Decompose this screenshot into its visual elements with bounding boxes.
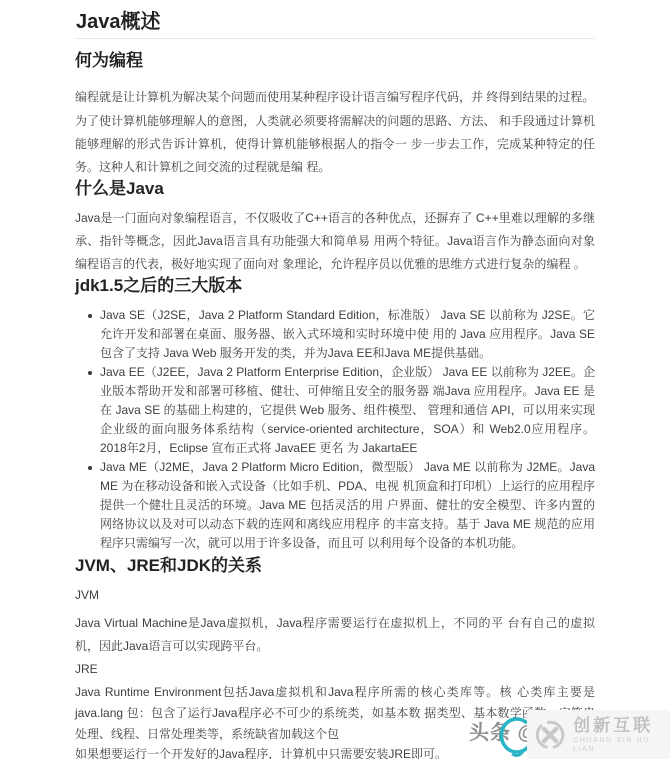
paragraph-programming-2: 为了使计算机能够理解人的意图，人类就必须要将需解决的问题的思路、方法、 和手段通… [75, 110, 595, 179]
jre-label: JRE [75, 658, 595, 681]
heading-what-is-programming: 何为编程 [75, 51, 595, 71]
article-content: Java概述 何为编程 编程就是让计算机为解决某个问题而使用某种程序设计语言编写… [0, 0, 670, 759]
heading-jdk-editions: jdk1.5之后的三大版本 [75, 276, 595, 296]
article-page: { "article": { "title": "Java概述", "secti… [0, 0, 670, 759]
jdk-edition-list: Java SE（J2SE，Java 2 Platform Standard Ed… [75, 306, 595, 553]
heading-what-is-java: 什么是Java [75, 179, 595, 199]
brand-subtitle: CHUANG XIN HU LIAN [573, 736, 670, 754]
swirl-arc [501, 719, 528, 752]
paragraph-what-is-java: Java是一门面向对象编程语言，不仅吸收了C++语言的各种优点，还摒弃了 C++… [75, 207, 595, 276]
page-title: Java概述 [75, 10, 595, 39]
jvm-label: JVM [75, 584, 595, 607]
list-item-java-se: Java SE（J2SE，Java 2 Platform Standard Ed… [75, 306, 595, 363]
brand-text-block: 创新互联 CHUANG XIN HU LIAN [573, 716, 670, 754]
paragraph-programming-1: 编程就是让计算机为解决某个问题而使用某种程序设计语言编写程序代码，并 终得到结果… [75, 86, 595, 109]
brand-watermark: 创新互联 CHUANG XIN HU LIAN [527, 710, 670, 759]
paragraph-jvm: Java Virtual Machine是Java虚拟机，Java程序需要运行在… [75, 612, 595, 658]
brand-x-icon [534, 718, 566, 752]
list-item-java-ee: Java EE（J2EE，Java 2 Platform Enterprise … [75, 363, 595, 458]
brand-name: 创新互联 [573, 716, 670, 735]
heading-jvm-jre-jdk: JVM、JRE和JDK的关系 [75, 556, 595, 576]
list-item-java-me: Java ME（J2ME，Java 2 Platform Micro Editi… [75, 458, 595, 553]
